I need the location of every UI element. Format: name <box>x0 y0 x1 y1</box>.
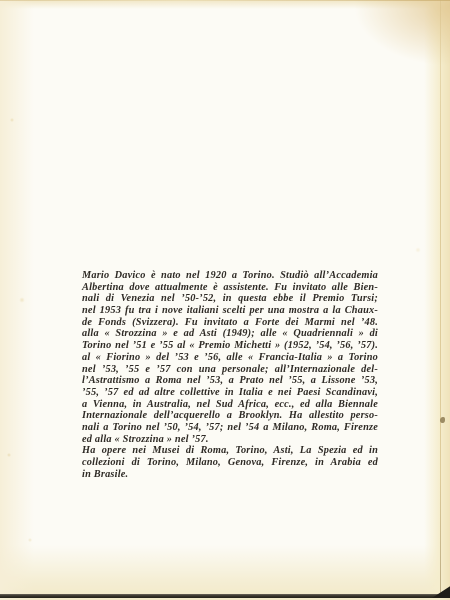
page-right-edge-crease <box>440 0 441 596</box>
text-line: Mario Davico è nato nel 1920 a Torino. S… <box>82 270 378 282</box>
text-line: nel ’53, ’55 e ’57 con una personale; al… <box>82 364 378 376</box>
text-line: nali a Torino nel ’50, ’54, ’57; nel ’54… <box>82 422 378 434</box>
page-top-edge <box>0 0 450 1</box>
text-line: nali di Venezia nel ’50-’52, in questa e… <box>82 293 378 305</box>
page-edge-notch <box>440 417 445 423</box>
text-line: al « Fiorino » del ’53 e ’56, alle « Fra… <box>82 352 378 364</box>
book-page: Mario Davico è nato nel 1920 a Torino. S… <box>0 0 450 600</box>
biography-text: Mario Davico è nato nel 1920 a Torino. S… <box>82 270 378 480</box>
text-line: alla « Strozzina » e ad Asti (1949); all… <box>82 328 378 340</box>
text-line: ’55, ’57 ed ad altre collettive in Itali… <box>82 387 378 399</box>
text-line: ed alla « Strozzina » nel ’57. <box>82 434 378 446</box>
page-bottom-edge <box>0 594 450 598</box>
text-line: nel 1953 fu tra i nove italiani scelti p… <box>82 305 378 317</box>
text-line: Torino nel ’51 e ’55 al « Premio Michett… <box>82 340 378 352</box>
text-line: Internazionale dell’acquerello a Brookly… <box>82 410 378 422</box>
text-line: Ha opere nei Musei di Roma, Torino, Asti… <box>82 445 378 457</box>
text-line: collezioni di Torino, Milano, Genova, Fi… <box>82 457 378 469</box>
text-line: a Vienna, in Australia, nel Sud Africa, … <box>82 399 378 411</box>
text-line: in Brasile. <box>82 469 378 481</box>
text-line: Albertina dove attualmente è assistente.… <box>82 282 378 294</box>
text-line: de Fonds (Svizzera). Fu invitato a Forte… <box>82 317 378 329</box>
text-line: l’Astrattismo a Roma nel ’53, a Prato ne… <box>82 375 378 387</box>
